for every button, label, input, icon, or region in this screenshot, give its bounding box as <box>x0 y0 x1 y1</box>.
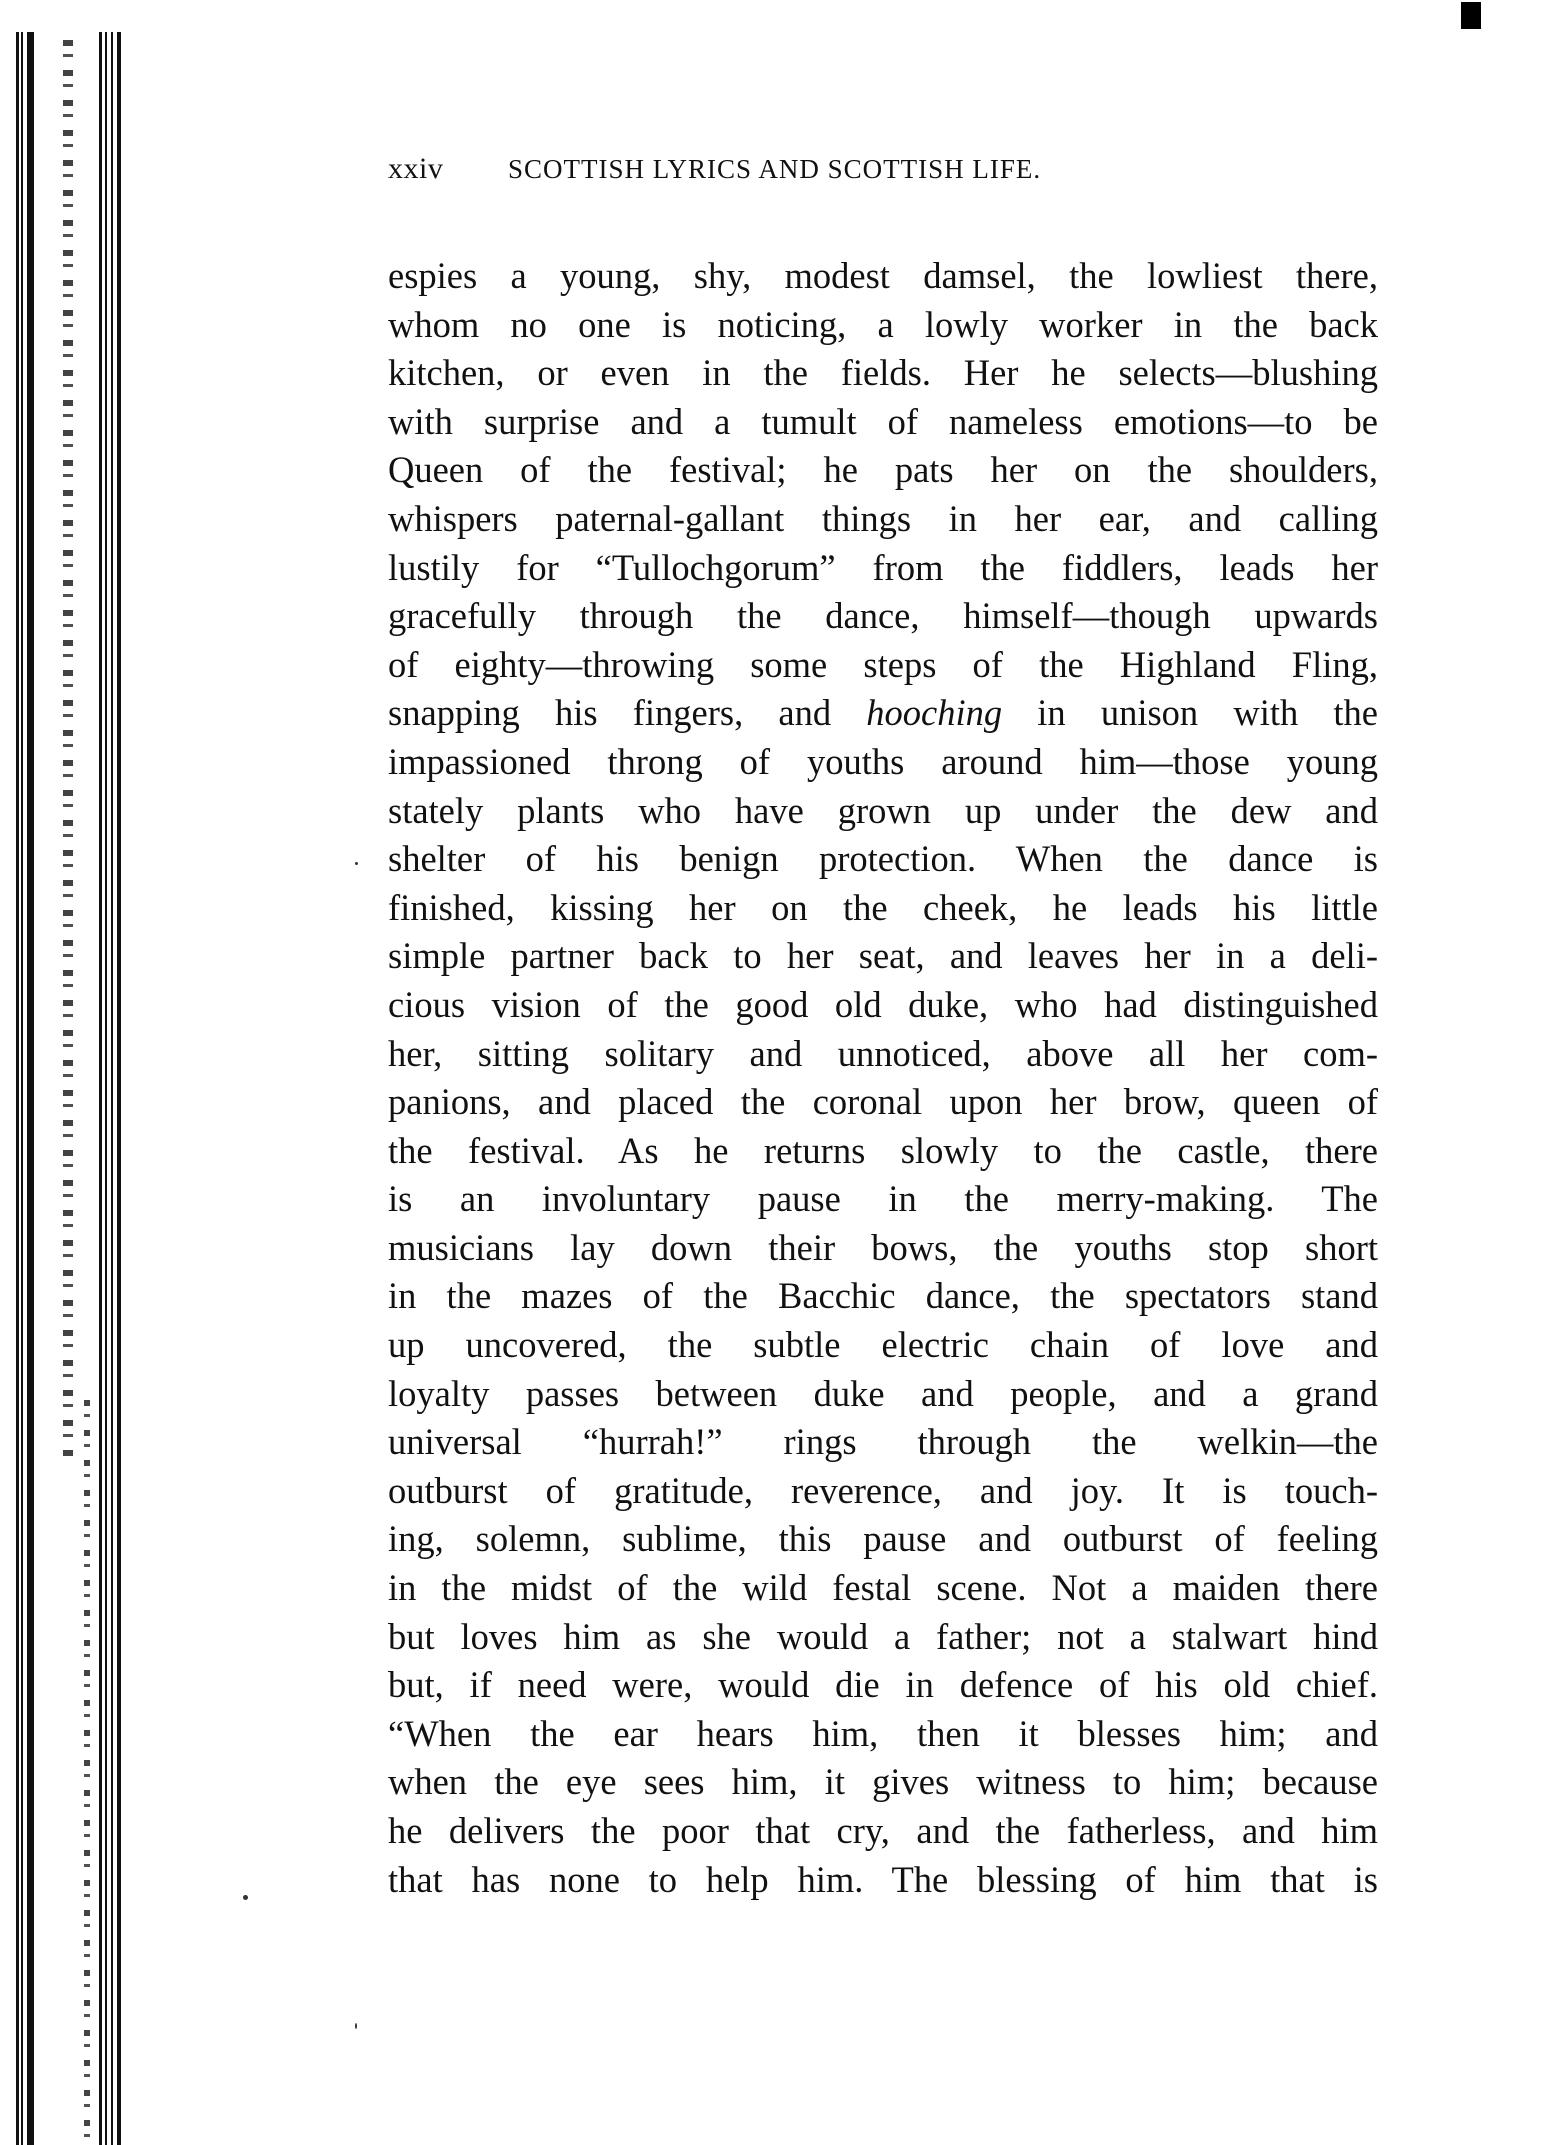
scan-speck <box>355 862 358 865</box>
text-line: that has none to help him. The blessing … <box>388 1856 1378 1905</box>
text-line: finished, kissing her on the cheek, he l… <box>388 884 1378 933</box>
text-line: with surprise and a tumult of nameless e… <box>388 398 1378 447</box>
text-line: gracefully through the dance, himself—th… <box>388 592 1378 641</box>
text-line: espies a young, shy, modest damsel, the … <box>388 252 1378 301</box>
text-line: Queen of the festival; he pats her on th… <box>388 446 1378 495</box>
binding-line <box>117 32 121 2145</box>
text-line: whom no one is noticing, a lowly worker … <box>388 301 1378 350</box>
scan-speck <box>243 1895 248 1900</box>
text-line: cious vision of the good old duke, who h… <box>388 981 1378 1030</box>
text-line: panions, and placed the coronal upon her… <box>388 1078 1378 1127</box>
italic-word: hooching <box>866 692 1002 733</box>
binding-line <box>111 32 113 2145</box>
binding-line <box>105 32 107 2145</box>
text-line: snapping his fingers, and hooching in un… <box>388 689 1378 738</box>
text-line: he delivers the poor that cry, and the f… <box>388 1807 1378 1856</box>
text-line: impassioned throng of youths around him—… <box>388 738 1378 787</box>
text-line: universal “hurrah!” rings through the we… <box>388 1418 1378 1467</box>
text-line: loyalty passes between duke and people, … <box>388 1370 1378 1419</box>
text-line: whispers paternal-gallant things in her … <box>388 495 1378 544</box>
binding-line <box>16 32 19 2145</box>
text-line: the festival. As he returns slowly to th… <box>388 1127 1378 1176</box>
text-line: kitchen, or even in the fields. Her he s… <box>388 349 1378 398</box>
text-line: but loves him as she would a father; not… <box>388 1613 1378 1662</box>
binding-line <box>27 32 34 2145</box>
text-line: stately plants who have grown up under t… <box>388 787 1378 836</box>
text-line: but, if need were, would die in defence … <box>388 1661 1378 1710</box>
text-line: in the midst of the wild festal scene. N… <box>388 1564 1378 1613</box>
text-line: ing, solemn, sublime, this pause and out… <box>388 1515 1378 1564</box>
text-run: snapping his fingers, and <box>388 692 866 733</box>
running-title: SCOTTISH LYRICS AND SCOTTISH LIFE. <box>508 154 1041 185</box>
text-line: is an involuntary pause in the merry-mak… <box>388 1175 1378 1224</box>
binding-line <box>21 32 23 2145</box>
text-line: shelter of his benign protection. When t… <box>388 835 1378 884</box>
text-line: up uncovered, the subtle electric chain … <box>388 1321 1378 1370</box>
scan-speck <box>355 2023 357 2029</box>
text-line: “When the ear hears him, then it blesses… <box>388 1710 1378 1759</box>
text-line: lustily for “Tullochgorum” from the fidd… <box>388 544 1378 593</box>
text-line: in the mazes of the Bacchic dance, the s… <box>388 1272 1378 1321</box>
text-line: outburst of gratitude, reverence, and jo… <box>388 1467 1378 1516</box>
body-text: espies a young, shy, modest damsel, the … <box>388 252 1378 1904</box>
text-line: when the eye sees him, it gives witness … <box>388 1758 1378 1807</box>
text-line: simple partner back to her seat, and lea… <box>388 932 1378 981</box>
running-header: xxiv SCOTTISH LYRICS AND SCOTTISH LIFE. <box>388 152 1368 188</box>
binding-line <box>99 32 102 2145</box>
binding-shadow <box>84 1400 90 2145</box>
text-line: her, sitting solitary and unnoticed, abo… <box>388 1030 1378 1079</box>
page-number: xxiv <box>388 152 508 186</box>
text-run: in unison with the <box>1002 692 1378 733</box>
text-line: of eighty—throwing some steps of the Hig… <box>388 641 1378 690</box>
scan-corner-mark <box>1461 2 1481 29</box>
binding-shadow <box>63 40 73 1460</box>
book-binding-gutter <box>0 0 130 2145</box>
text-line: musicians lay down their bows, the youth… <box>388 1224 1378 1273</box>
